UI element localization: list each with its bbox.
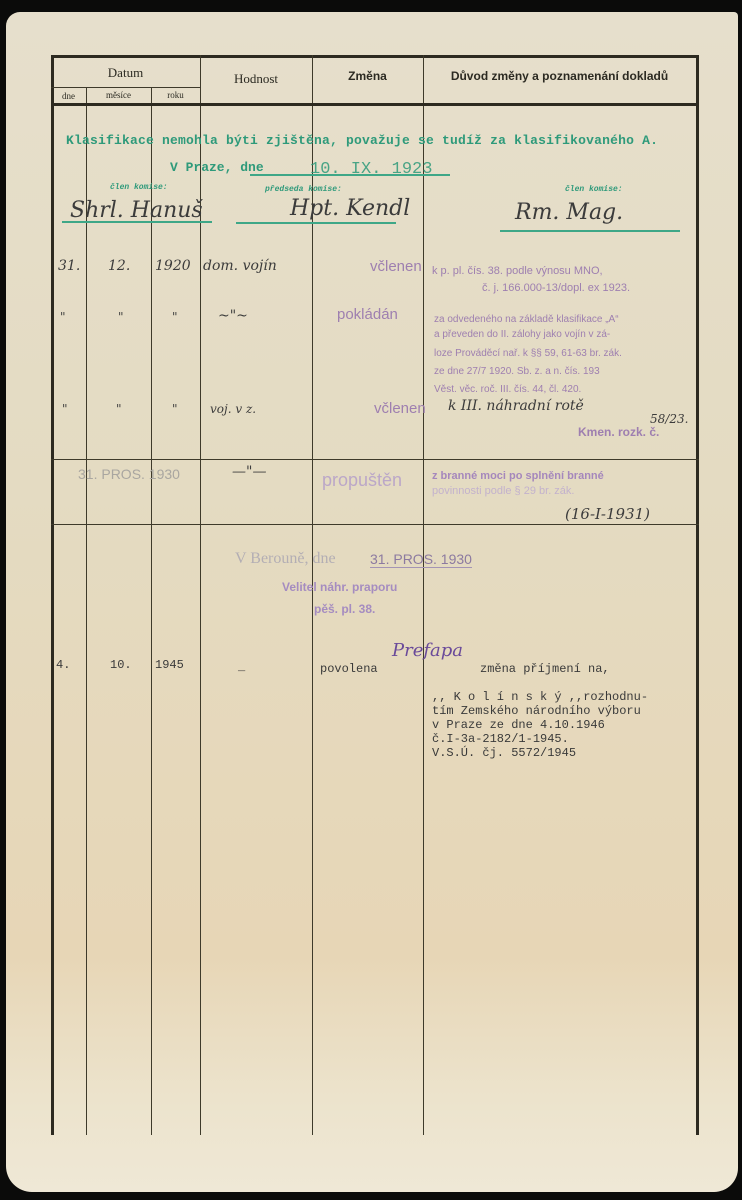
final-duvod-line3: tím Zemského národního výboru — [432, 704, 641, 718]
header-bottom-rule — [51, 103, 699, 106]
beroun-date: 31. PROS. 1930 — [370, 551, 472, 568]
table-border-top — [51, 55, 699, 58]
col-divider-mesice — [151, 87, 152, 1135]
final-signature: Prefapa — [392, 640, 463, 661]
row3-duvod-line1: k III. náhradní rotě — [448, 398, 584, 414]
row2-duvod-line3: loze Prováděcí nař. k §§ 59, 61-63 br. z… — [434, 348, 622, 359]
final-duvod-line5: č.I-3a-2182/1-1945. — [432, 732, 569, 746]
table-border-right — [696, 55, 699, 1135]
row2-duvod-line1: za odvedeného na základě klasifikace „A“ — [434, 310, 619, 329]
final-zmena: povolena — [320, 662, 378, 676]
classification-date: 10. IX. 1923 — [310, 160, 432, 179]
row2-duvod-line5: Věst. věc. roč. III. čís. 44, čl. 420. — [434, 384, 581, 395]
header-datum: Datum — [51, 65, 200, 81]
beroun-place: V Berouně, dne — [235, 550, 336, 568]
final-mesice: 10. — [110, 658, 132, 672]
signature-1: Shrl. Hanuš — [70, 198, 203, 223]
row2-duvod-line4: ze dne 27/7 1920. Sb. z. a n. čís. 193 — [434, 366, 600, 377]
col-divider-zmena — [423, 55, 424, 1135]
signature-line-3 — [500, 230, 680, 232]
row3-kmen-label: Kmen. rozk. č. — [578, 425, 659, 439]
datum-subheader-rule — [51, 87, 200, 88]
row3-dne: " — [62, 402, 68, 416]
row2-duvod-line2: a převeden do II. zálohy jako vojín v zá… — [434, 329, 610, 340]
row-rule-1 — [51, 459, 699, 460]
signature-line-1 — [62, 221, 212, 223]
row3-kmen-number: 58/23. — [650, 412, 688, 426]
classification-place: V Praze, dne — [170, 160, 264, 175]
final-dne: 4. — [56, 658, 70, 672]
row4-duvod-line1: z branné moci po splnění branné — [432, 470, 604, 482]
header-duvod: Důvod změny a poznamenání dokladů — [423, 69, 696, 83]
col-divider-dne — [86, 87, 87, 1135]
row2-dne: " — [60, 310, 66, 324]
final-duvod-line1: změna příjmení na, — [480, 662, 610, 676]
row1-mesice: 12. — [108, 258, 130, 274]
header-hodnost: Hodnost — [200, 71, 312, 87]
row2-zmena: pokládán — [337, 306, 398, 323]
beroun-unit-line1: Velitel náhr. praporu — [282, 580, 397, 594]
label-clen-komise-1: člen komise: — [110, 183, 168, 192]
row3-hodnost: voj. v z. — [210, 402, 256, 416]
header-roku: roku — [151, 90, 200, 100]
row3-mesice: " — [116, 402, 122, 416]
row4-date-stamp: 31. PROS. 1930 — [78, 466, 180, 482]
final-roku: 1945 — [155, 658, 184, 672]
row4-hodnost: —"— — [232, 464, 266, 480]
row1-hodnost: dom. vojín — [203, 258, 277, 274]
classification-stamp-text: Klasifikace nemohla býti zjištěna, považ… — [66, 133, 658, 148]
row2-mesice: " — [118, 310, 124, 324]
row1-duvod-line2: č. j. 166.000-13/dopl. ex 1923. — [482, 282, 630, 294]
row1-roku: 1920 — [155, 258, 191, 274]
row-rule-2 — [51, 524, 699, 525]
row4-duvod-line2: povinnosti podle § 29 br. zák. — [432, 485, 574, 497]
final-duvod-line6: V.S.Ú. čj. 5572/1945 — [432, 746, 576, 760]
row4-handwritten-date: (16-I-1931) — [565, 505, 650, 523]
row2-hodnost: ~"~ — [218, 308, 248, 324]
header-mesice: měsíce — [86, 90, 151, 100]
row2-roku: " — [172, 310, 178, 324]
row1-duvod-line1: k p. pl. čís. 38. podle výnosu MNO, — [432, 265, 603, 277]
final-duvod-line2: ,, K o l í n s k ý ,,rozhodnu- — [432, 690, 648, 704]
signature-2: Hpt. Kendl — [290, 196, 410, 221]
final-duvod-line4: v Praze ze dne 4.10.1946 — [432, 718, 605, 732]
row4-zmena: propuštěn — [322, 470, 402, 491]
label-clen-komise-2: člen komise: — [565, 185, 623, 194]
row1-zmena: včlenen — [370, 258, 422, 275]
signature-3: Rm. Mag. — [515, 200, 623, 225]
signature-line-2 — [236, 222, 396, 224]
table-border-left — [51, 55, 54, 1135]
beroun-unit-line2: pěš. pl. 38. — [314, 602, 375, 616]
label-predseda-komise: předseda komise: — [265, 185, 342, 194]
header-zmena: Změna — [312, 69, 423, 83]
header-dne: dne — [51, 91, 86, 101]
row1-dne: 31. — [58, 258, 80, 274]
row3-zmena: včlenen — [374, 400, 426, 417]
final-hodnost: _ — [238, 660, 245, 674]
row3-roku: " — [172, 402, 178, 416]
